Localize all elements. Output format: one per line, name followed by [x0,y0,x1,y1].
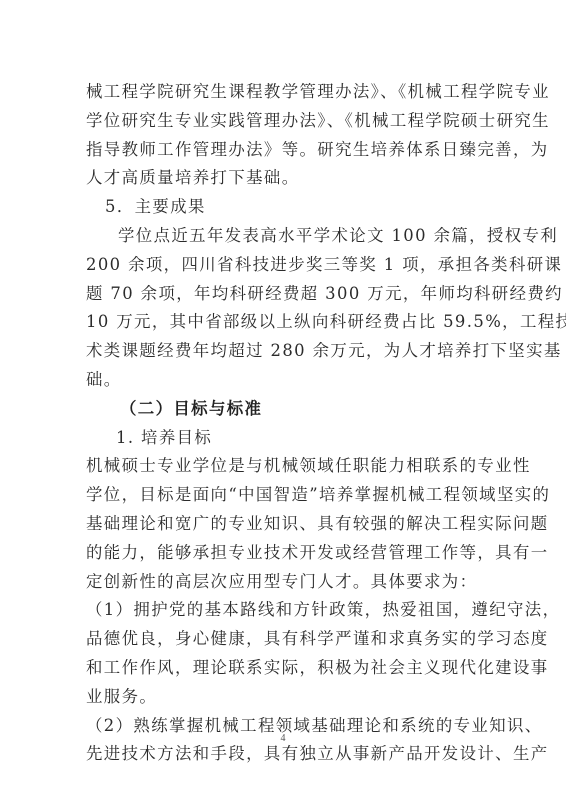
text-line: 学位研究生专业实践管理办法》、《机械工程学院硕士研究生 [86,107,484,136]
body-text: 械工程学院研究生课程教学管理办法》、《机械工程学院专业 学位研究生专业实践管理办… [86,78,484,769]
section-heading-goals-standards: （二）目标与标准 [86,395,484,424]
text-line: 术类课题经费年均超过 280 余万元，为人才培养打下坚实基 [86,337,484,366]
text-line: 人才高质量培养打下基础。 [86,164,484,193]
text-line: 和工作作风，理论联系实际，积极为社会主义现代化建设事 [86,654,484,683]
document-page: 械工程学院研究生课程教学管理办法》、《机械工程学院专业 学位研究生专业实践管理办… [0,0,566,800]
text-line: 械工程学院研究生课程教学管理办法》、《机械工程学院专业 [86,78,484,107]
text-line: 学位，目标是面向“中国智造”培养掌握机械工程领域坚实的 [86,481,484,510]
text-line: 基础理论和宽广的专业知识、具有较强的解决工程实际问题 [86,510,484,539]
text-line: 品德优良，身心健康，具有科学严谨和求真务实的学习态度 [86,625,484,654]
section-subheading-training-goals: 1. 培养目标 [86,424,484,453]
page-number: 4 [0,733,566,744]
text-line: 的能力，能够承担专业技术开发或经营管理工作等，具有一 [86,539,484,568]
paragraph-first-line: 学位点近五年发表高水平学术论文 100 余篇，授权专利 [86,222,484,251]
text-line: 10 万元，其中省部级以上纵向科研经费占比 59.5%，工程技 [86,308,484,337]
text-line: 定创新性的高层次应用型专门人才。具体要求为： [86,568,484,597]
text-line: 础。 [86,366,484,395]
section-subheading-main-results: 5．主要成果 [86,193,484,222]
text-line: 200 余项，四川省科技进步奖三等奖 1 项，承担各类科研课 [86,251,484,280]
text-line: 题 70 余项，年均科研经费超 300 万元，年师均科研经费约 [86,280,484,309]
text-line: 指导教师工作管理办法》等。研究生培养体系日臻完善，为 [86,136,484,165]
text-line: 先进技术方法和手段，具有独立从事新产品开发设计、生产 [86,740,484,769]
text-line: 业服务。 [86,683,484,712]
text-line: 机械硕士专业学位是与机械领域任职能力相联系的专业性 [86,452,484,481]
list-item-1: （1）拥护党的基本路线和方针政策，热爱祖国，遵纪守法， [86,596,484,625]
